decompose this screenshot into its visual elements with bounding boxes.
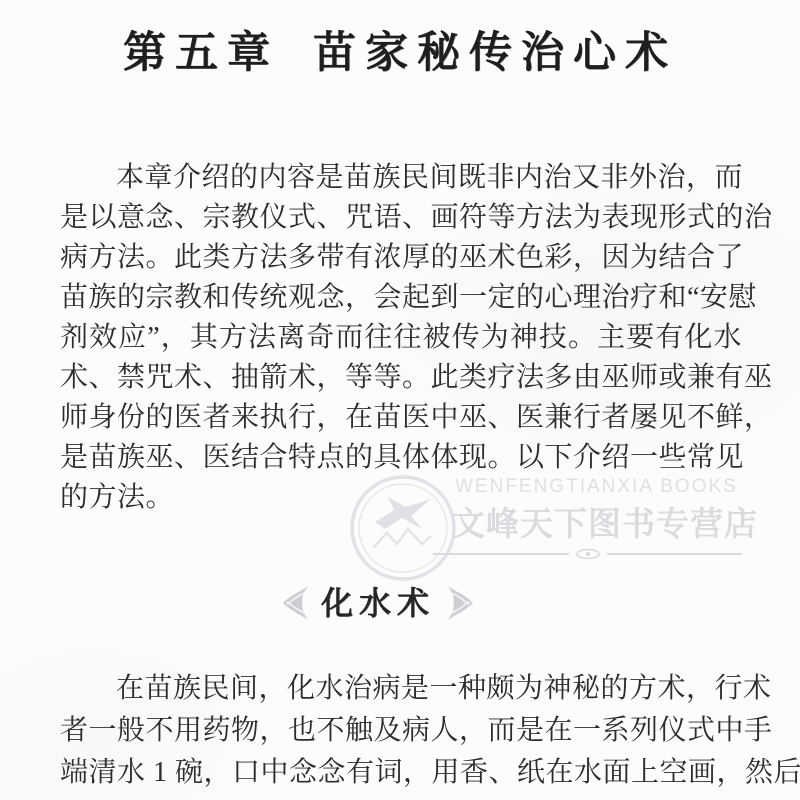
paragraph-line: 本章介绍的内容是苗族民间既非内治又非外治，而	[60, 158, 742, 198]
section-heading-row: 化水术	[0, 584, 778, 622]
section-heading: 化水术	[321, 584, 435, 622]
paragraph-2: 在苗族民间，化水治病是一种颇为神秘的方术，行术 者一般不用药物，也不触及病人，而…	[60, 668, 742, 794]
watermark-rule-right	[607, 553, 743, 555]
paragraph-line: 术、禁咒术、抽箭术，等等。此类疗法多由巫师或兼有巫	[60, 358, 742, 398]
watermark-eye-ornament-icon	[575, 548, 601, 560]
paragraph-line: 是苗族巫、医结合特点的具体体现。以下介绍一些常见	[60, 438, 742, 478]
chapter-name: 苗家秘传治心术	[313, 28, 677, 80]
left-floral-ornament-icon	[281, 584, 309, 622]
watermark-divider	[433, 548, 742, 560]
watermark-rule-left	[433, 553, 569, 555]
right-floral-ornament-icon	[447, 584, 475, 622]
paragraph-line: 端清水 1 碗，口中念念有词，用香、纸在水面上空画，然后	[60, 752, 742, 794]
paragraph-line: 苗族的宗教和传统观念，会起到一定的心理治疗和“安慰	[60, 278, 742, 318]
chapter-title: 第五章 苗家秘传治心术	[0, 28, 800, 80]
chapter-number: 第五章	[123, 28, 279, 80]
paragraph-line: 病方法。此类方法多带有浓厚的巫术色彩，因为结合了	[60, 238, 742, 278]
paragraph-line: 剂效应”，其方法离奇而往往被传为神技。主要有化水	[60, 318, 742, 358]
book-page: 第五章 苗家秘传治心术 本章介绍的内容是苗族民间既非内治又非外治，而 是以意念、…	[0, 0, 800, 800]
paragraph-line: 的方法。	[60, 478, 742, 518]
paragraph-1: 本章介绍的内容是苗族民间既非内治又非外治，而 是以意念、宗教仪式、咒语、画符等方…	[60, 158, 742, 518]
paragraph-line: 在苗族民间，化水治病是一种颇为神秘的方术，行术	[60, 668, 742, 710]
paragraph-line: 是以意念、宗教仪式、咒语、画符等方法为表现形式的治	[60, 198, 742, 238]
paragraph-line: 师身份的医者来执行，在苗医中巫、医兼行者屡见不鲜，	[60, 398, 742, 438]
paragraph-line: 者一般不用药物，也不触及病人，而是在一系列仪式中手	[60, 710, 742, 752]
